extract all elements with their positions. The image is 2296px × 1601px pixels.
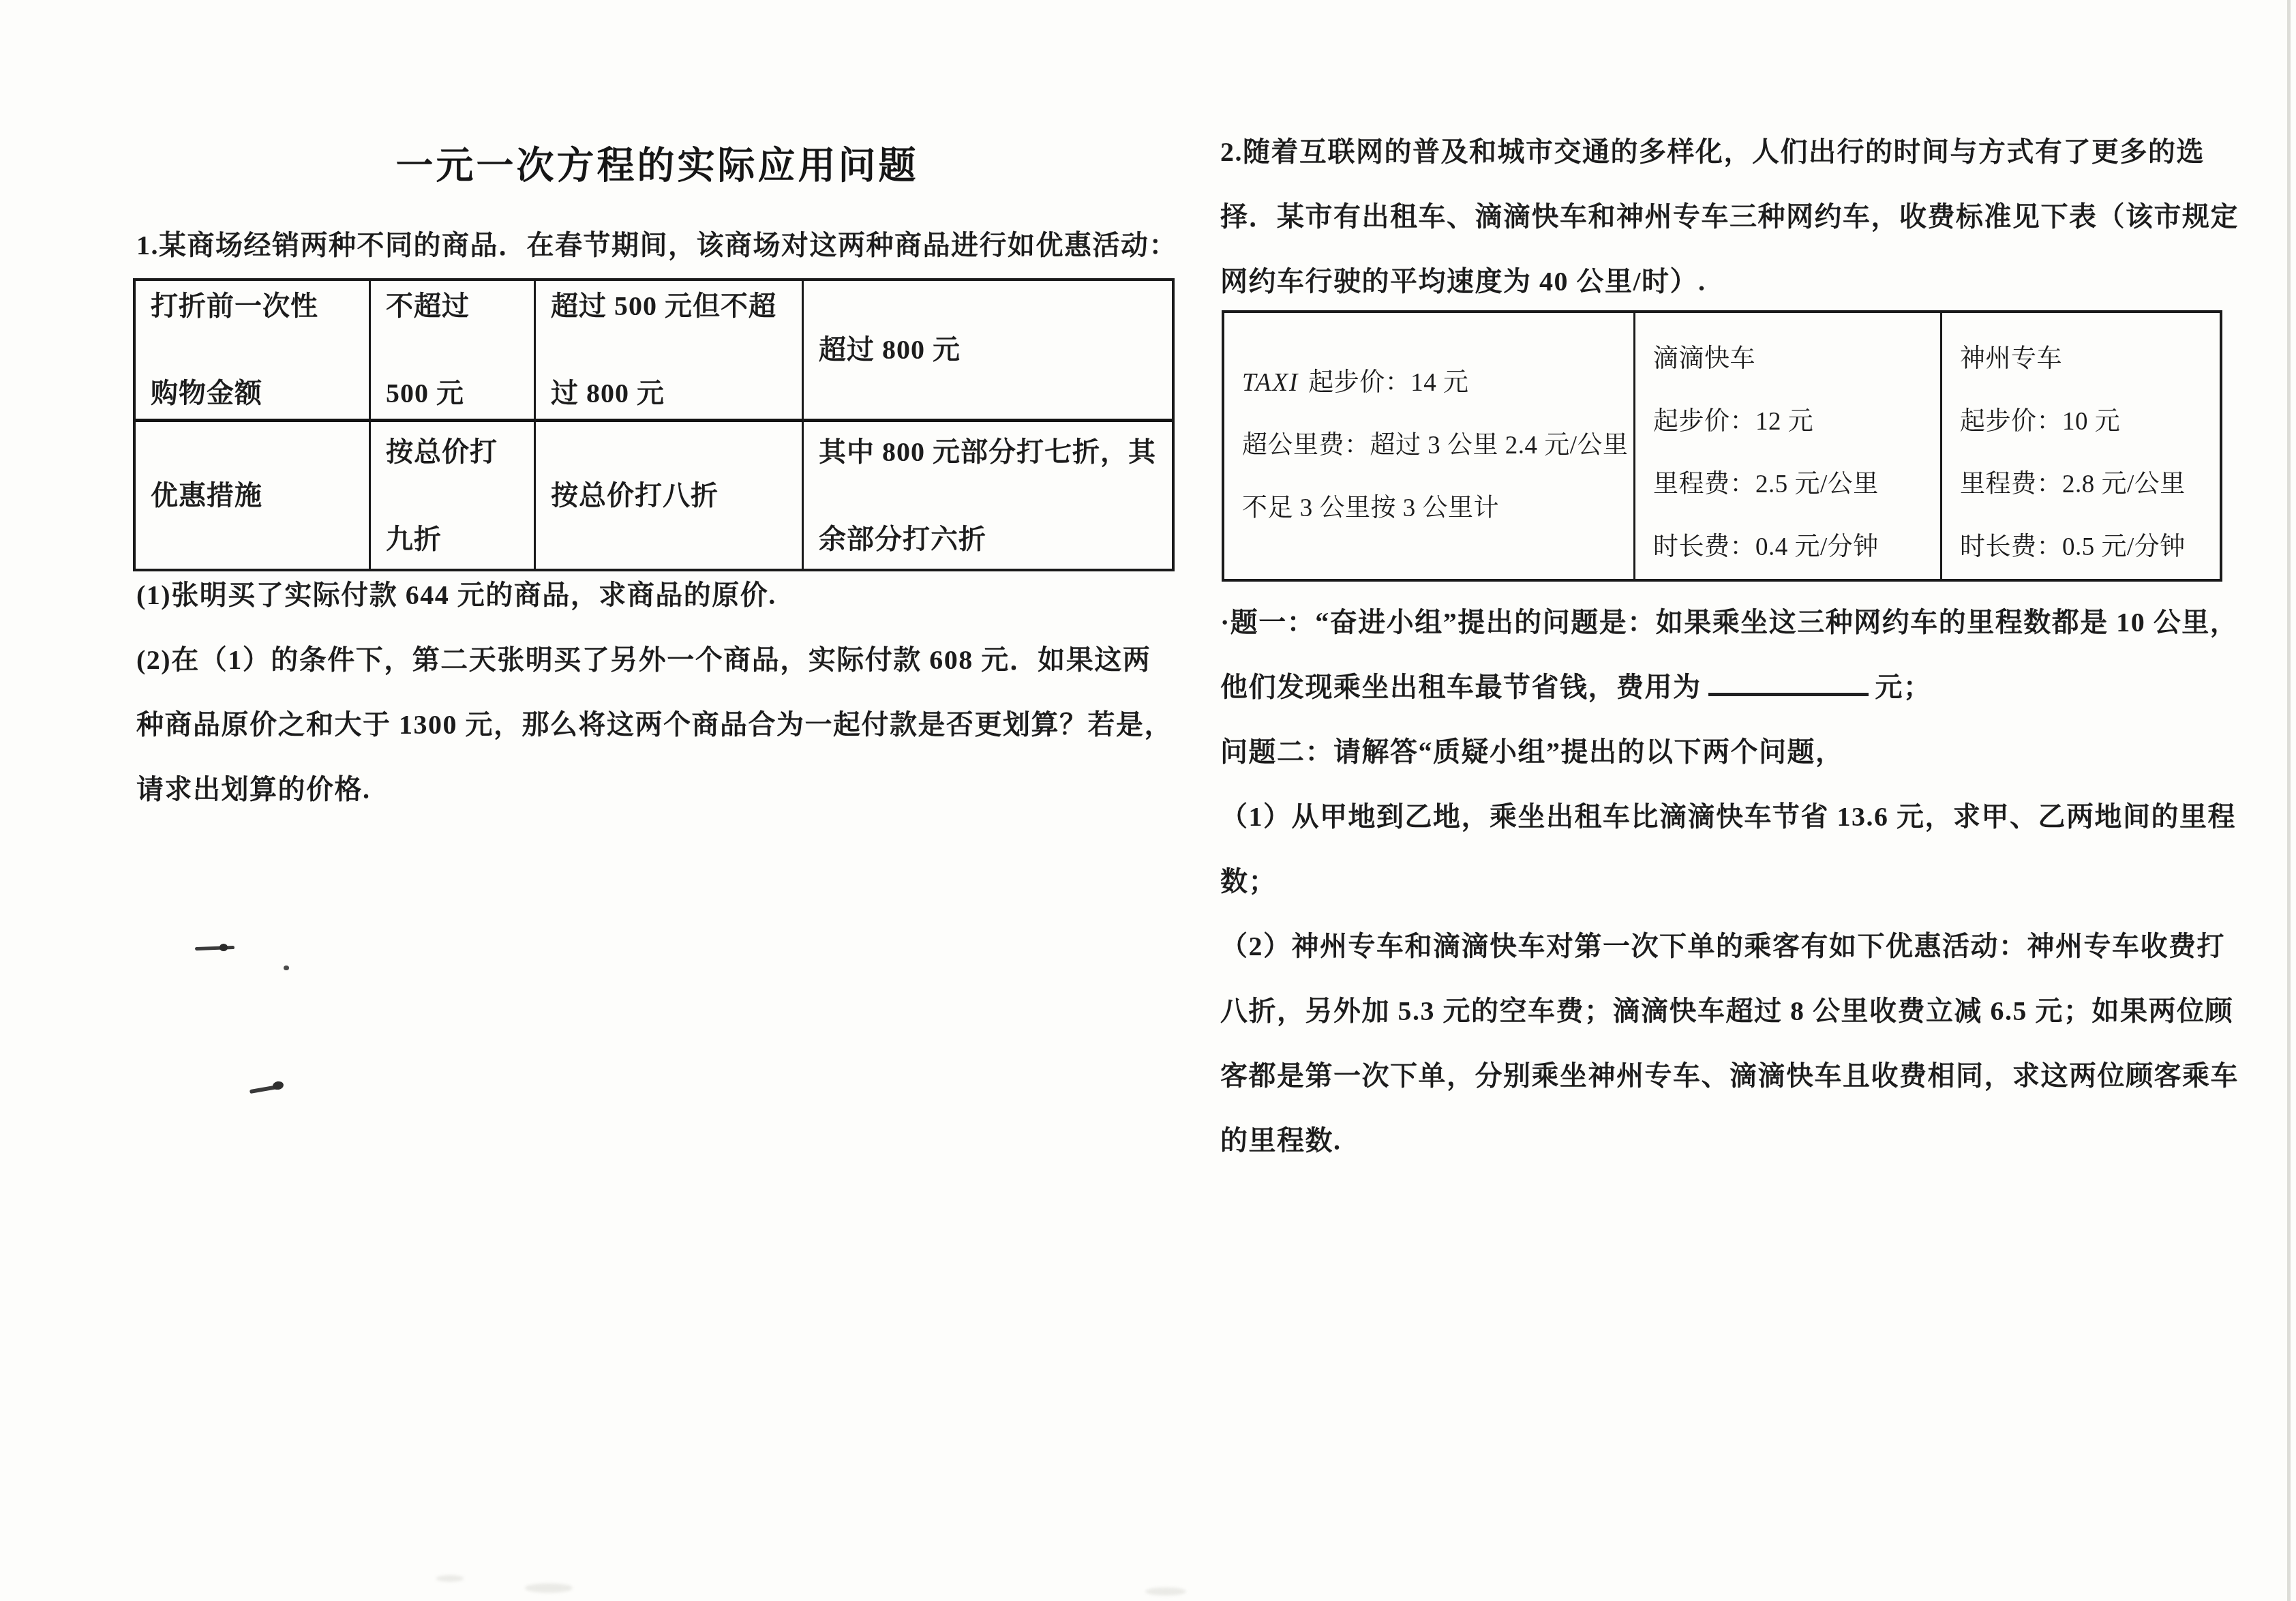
table-cell: 按总价打八折 — [536, 422, 804, 569]
text-line: ·题一：“奋进小组”提出的问题是：如果乘坐这三种网约车的里程数都是 10 公里， — [1220, 590, 2239, 655]
pen-mark — [284, 966, 289, 970]
text-line: 问题二：请解答“质疑小组”提出的以下两个问题， — [1220, 719, 2239, 784]
problem2-intro-block: 2.随着互联网的普及和城市交通的多样化，人们出行的时间与方式有了更多的选 择．某… — [1220, 119, 2239, 314]
taxi-base-fare: 起步价：14 元 — [1308, 369, 1468, 397]
pen-mark — [272, 1081, 284, 1091]
text-line: （1）从甲地到乙地，乘坐出租车比滴滴快车节省 13.6 元，求甲、乙两地间的里程 — [1220, 784, 2239, 849]
table-cell: 按总价打 九折 — [371, 422, 536, 569]
table-cell: 超过 800 元 — [804, 281, 1172, 422]
worksheet-page: 一元一次方程的实际应用问题 1.某商场经销两种不同的商品．在春节期间，该商场对这… — [0, 0, 2296, 1601]
problem1-questions-block: (1)张明买了实际付款 644 元的商品，求商品的原价. (2)在（1）的条件下… — [136, 563, 1173, 822]
text-line: (2)在（1）的条件下，第二天张明买了另外一个商品，实际付款 608 元．如果这… — [136, 627, 1173, 692]
text-line: 客都是第一次下单，分别乘坐神州专车、滴滴快车且收费相同，求这两位顾客乘车 — [1220, 1043, 2239, 1108]
scan-smudge — [1145, 1587, 1186, 1596]
fee-line: 时长费：0.4 元/分钟 — [1653, 516, 1922, 579]
taxi-brand-label: TAXI — [1242, 369, 1299, 397]
taxi-fee-line: TAXI起步价：14 元 — [1242, 352, 1616, 415]
fee-line: 起步价：12 元 — [1653, 391, 1922, 453]
table-cell: 不超过 500 元 — [371, 281, 536, 422]
pen-mark — [220, 944, 228, 951]
shenzhou-fees-cell: 神州专车 起步价：10 元 里程费：2.8 元/公里 时长费：0.5 元/分钟 — [1942, 313, 2220, 579]
fees-table: TAXI起步价：14 元 超公里费：超过 3 公里 2.4 元/公里 不足 3 … — [1222, 310, 2222, 582]
table-cell: 打折前一次性 购物金额 — [136, 281, 371, 422]
fee-line: 时长费：0.5 元/分钟 — [1960, 516, 2202, 579]
taxi-fees-cell: TAXI起步价：14 元 超公里费：超过 3 公里 2.4 元/公里 不足 3 … — [1224, 313, 1635, 579]
text-line: （2）神州专车和滴滴快车对第一次下单的乘客有如下优惠活动：神州专车收费打 — [1220, 914, 2239, 978]
scanner-edge-shadow — [2287, 0, 2291, 1601]
pen-mark — [195, 946, 235, 951]
taxi-fee-line: 不足 3 公里按 3 公里计 — [1242, 477, 1616, 540]
text-line-with-blank: 他们发现乘坐出租车最节省钱，费用为元； — [1220, 655, 2239, 719]
text-line: 种商品原价之和大于 1300 元，那么将这两个商品合为一起付款是否更划算？若是， — [136, 692, 1173, 757]
text-line: (1)张明买了实际付款 644 元的商品，求商品的原价. — [136, 563, 1173, 627]
problem2-questions-block: ·题一：“奋进小组”提出的问题是：如果乘坐这三种网约车的里程数都是 10 公里，… — [1220, 590, 2239, 1173]
company-name: 神州专车 — [1960, 328, 2202, 391]
fee-line: 里程费：2.5 元/公里 — [1653, 453, 1922, 516]
text-line: 数； — [1220, 849, 2239, 914]
text-line: 八折，另外加 5.3 元的空车费；滴滴快车超过 8 公里收费立减 6.5 元；如… — [1220, 978, 2239, 1043]
text-line: 网约车行驶的平均速度为 40 公里/时）. — [1220, 249, 2239, 314]
text-line: 择．某市有出租车、滴滴快车和神州专车三种网约车，收费标准见下表（该市规定 — [1220, 184, 2239, 249]
text-line: 请求出划算的价格. — [136, 757, 1173, 822]
taxi-fee-line: 超公里费：超过 3 公里 2.4 元/公里 — [1242, 415, 1616, 477]
table-cell: 超过 500 元但不超 过 800 元 — [536, 281, 804, 422]
blank-prefix: 他们发现乘坐出租车最节省钱，费用为 — [1220, 672, 1702, 702]
text-line: 2.随着互联网的普及和城市交通的多样化，人们出行的时间与方式有了更多的选 — [1220, 119, 2239, 184]
fee-line: 里程费：2.8 元/公里 — [1960, 453, 2202, 516]
table-cell: 优惠措施 — [136, 422, 371, 569]
discount-table: 打折前一次性 购物金额 不超过 500 元 超过 500 元但不超 过 800 … — [133, 278, 1175, 571]
fill-in-blank — [1708, 672, 1869, 696]
blank-suffix: 元； — [1875, 672, 1932, 702]
table-cell: 其中 800 元部分打七折，其 余部分打六折 — [804, 422, 1172, 569]
text-line: 的里程数. — [1220, 1108, 2239, 1173]
company-name: 滴滴快车 — [1653, 328, 1922, 391]
scan-smudge — [525, 1583, 573, 1593]
didi-fees-cell: 滴滴快车 起步价：12 元 里程费：2.5 元/公里 时长费：0.4 元/分钟 — [1635, 313, 1942, 579]
fee-line: 起步价：10 元 — [1960, 391, 2202, 453]
page-title: 一元一次方程的实际应用问题 — [136, 135, 1178, 189]
scan-smudge — [436, 1575, 464, 1582]
